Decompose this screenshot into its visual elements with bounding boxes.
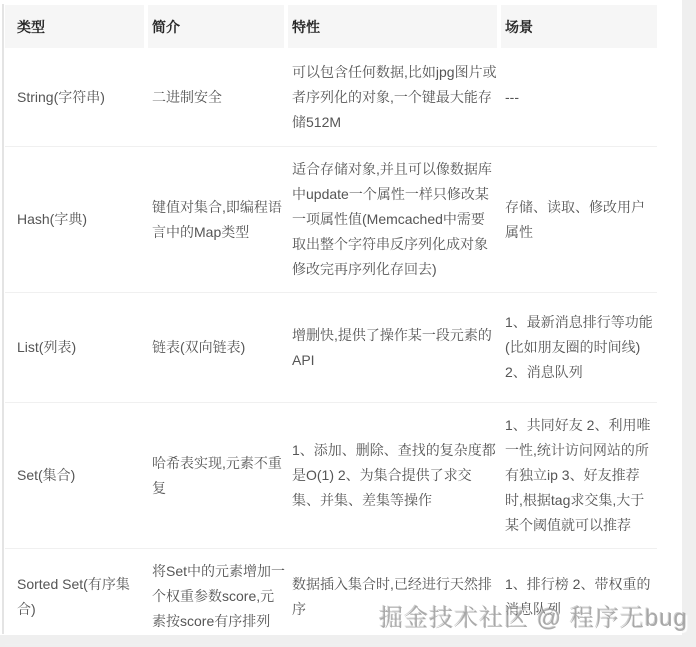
cell-intro: 哈希表实现,元素不重复 bbox=[148, 403, 288, 549]
redis-types-table: 类型 简介 特性 场景 String(字符串) 二进制安全 可以包含任何数据,比… bbox=[5, 5, 657, 645]
table-row-hash: Hash(字典) 键值对集合,即编程语言中的Map类型 适合存储对象,并且可以像… bbox=[5, 147, 657, 293]
page: { "colors": { "page_bg": "#efefef", "con… bbox=[0, 0, 696, 647]
site-watermark: 掘金技术社区 @ 程序无bug bbox=[379, 598, 688, 633]
cell-intro: 将Set中的元素增加一个权重参数score,元素按score有序排列 bbox=[148, 549, 288, 645]
column-header-feature: 特性 bbox=[288, 5, 501, 48]
cell-scene: 存储、读取、修改用户属性 bbox=[501, 147, 657, 293]
column-header-intro: 简介 bbox=[148, 5, 288, 48]
table-row-string: String(字符串) 二进制安全 可以包含任何数据,比如jpg图片或者序列化的… bbox=[5, 48, 657, 147]
column-header-scene: 场景 bbox=[501, 5, 657, 48]
cell-feature: 1、添加、删除、查找的复杂度都是O(1) 2、为集合提供了求交集、并集、差集等操… bbox=[288, 403, 501, 549]
table-header: 类型 简介 特性 场景 bbox=[5, 5, 657, 48]
table-row-set: Set(集合) 哈希表实现,元素不重复 1、添加、删除、查找的复杂度都是O(1)… bbox=[5, 403, 657, 549]
cell-scene: --- bbox=[501, 48, 657, 147]
table-row-list: List(列表) 链表(双向链表) 增删快,提供了操作某一段元素的API 1、最… bbox=[5, 293, 657, 403]
cell-type: String(字符串) bbox=[5, 48, 148, 147]
cell-feature: 增删快,提供了操作某一段元素的API bbox=[288, 293, 501, 403]
cell-scene: 1、共同好友 2、利用唯一性,统计访问网站的所有独立ip 3、好友推荐时,根据t… bbox=[501, 403, 657, 549]
cell-scene: 1、最新消息排行等功能(比如朋友圈的时间线) 2、消息队列 bbox=[501, 293, 657, 403]
table-body: String(字符串) 二进制安全 可以包含任何数据,比如jpg图片或者序列化的… bbox=[5, 48, 657, 645]
cell-feature: 适合存储对象,并且可以像数据库中update一个属性一样只修改某一项属性值(Me… bbox=[288, 147, 501, 293]
cell-type: Sorted Set(有序集合) bbox=[5, 549, 148, 645]
header-row: 类型 简介 特性 场景 bbox=[5, 5, 657, 48]
cell-type: Set(集合) bbox=[5, 403, 148, 549]
column-header-type: 类型 bbox=[5, 5, 148, 48]
cell-type: List(列表) bbox=[5, 293, 148, 403]
cell-intro: 二进制安全 bbox=[148, 48, 288, 147]
cell-intro: 链表(双向链表) bbox=[148, 293, 288, 403]
cell-type: Hash(字典) bbox=[5, 147, 148, 293]
cell-intro: 键值对集合,即编程语言中的Map类型 bbox=[148, 147, 288, 293]
table-left-border bbox=[2, 4, 4, 634]
cell-feature: 可以包含任何数据,比如jpg图片或者序列化的对象,一个键最大能存储512M bbox=[288, 48, 501, 147]
